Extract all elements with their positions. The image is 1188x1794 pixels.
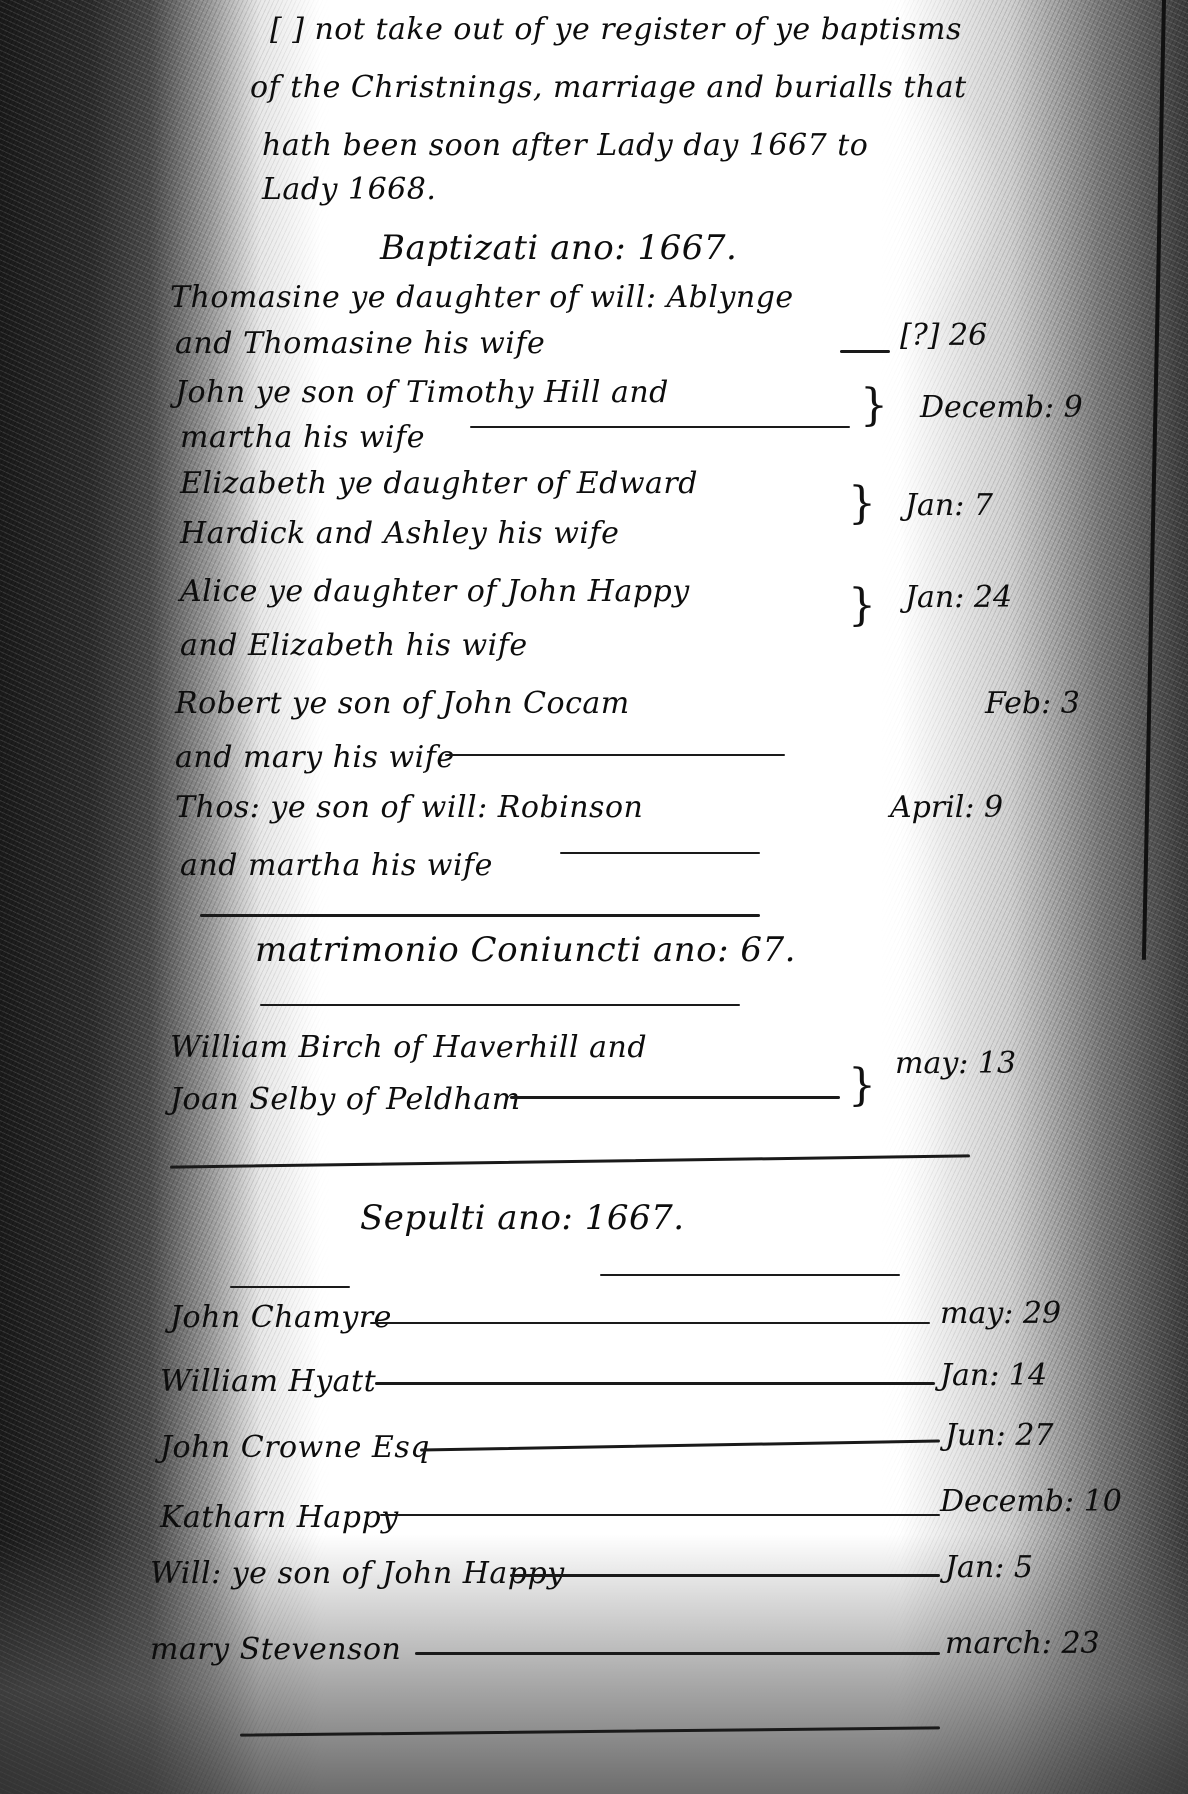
burial-5-date: Jan: 5 <box>945 1550 1033 1585</box>
preamble-line-2: of the Christnings, marriage and buriall… <box>250 70 967 105</box>
burial-3-name: John Crowne Esq <box>160 1430 430 1465</box>
baptism-5-date: Feb: 3 <box>985 686 1080 721</box>
burial-4-date: Decemb: 10 <box>940 1484 1122 1519</box>
baptism-1-line-2: and Thomasine his wife <box>175 326 545 361</box>
baptism-6-line-2: and martha his wife <box>180 848 493 883</box>
entry-dash <box>415 1652 940 1655</box>
marriages-heading: matrimonio Coniuncti ano: 67. <box>255 930 796 970</box>
entry-dash <box>510 1096 840 1099</box>
entry-dash <box>370 1322 930 1324</box>
entry-dash <box>510 1574 940 1577</box>
preamble-line-3: hath been soon after Lady day 1667 to <box>262 128 868 163</box>
baptism-3-line-2: Hardick and Ashley his wife <box>180 516 619 551</box>
burial-3-date: Jun: 27 <box>945 1418 1054 1453</box>
burial-1-date: may: 29 <box>940 1296 1061 1331</box>
entry-dash <box>840 350 890 353</box>
entry-dash <box>470 426 850 428</box>
marriage-1-date: may: 13 <box>895 1046 1016 1081</box>
marriage-1-line-2: Joan Selby of Peldham <box>170 1082 521 1117</box>
baptism-5-line-2: and mary his wife <box>175 740 455 775</box>
bracket: } <box>848 580 876 631</box>
baptism-4-date: Jan: 24 <box>905 580 1012 615</box>
burial-2-name: William Hyatt <box>160 1364 376 1399</box>
section-divider <box>600 1274 900 1276</box>
baptisms-heading: Baptizati ano: 1667. <box>380 228 737 268</box>
entry-dash <box>445 754 785 756</box>
baptism-2-date: Decemb: 9 <box>920 390 1083 425</box>
baptism-4-line-1: Alice ye daughter of John Happy <box>180 574 690 609</box>
baptism-2-line-1: John ye son of Timothy Hill and <box>175 375 669 410</box>
bracket: } <box>848 1060 876 1111</box>
baptism-4-line-2: and Elizabeth his wife <box>180 628 528 663</box>
section-divider <box>260 1004 740 1006</box>
baptism-2-line-2: martha his wife <box>180 420 425 455</box>
baptism-3-date: Jan: 7 <box>905 488 993 523</box>
burial-1-name: John Chamyre <box>170 1300 392 1335</box>
entry-dash <box>560 852 760 854</box>
baptism-6-line-1: Thos: ye son of will: Robinson <box>175 790 643 825</box>
baptism-3-line-1: Elizabeth ye daughter of Edward <box>180 466 698 501</box>
preamble-line-1: [ ] not take out of ye register of ye ba… <box>270 12 962 47</box>
baptism-5-line-1: Robert ye son of John Cocam <box>175 686 630 721</box>
entry-dash <box>375 1382 935 1385</box>
burial-6-date: march: 23 <box>945 1626 1100 1661</box>
burial-6-name: mary Stevenson <box>150 1632 401 1667</box>
section-divider <box>230 1286 350 1288</box>
burial-2-date: Jan: 14 <box>940 1358 1047 1393</box>
entry-dash <box>380 1514 940 1516</box>
baptism-6-date: April: 9 <box>890 790 1003 825</box>
preamble-line-4: Lady 1668. <box>262 172 436 207</box>
baptism-1-date: [?] 26 <box>900 318 987 353</box>
burials-heading: Sepulti ano: 1667. <box>360 1198 685 1238</box>
marriage-1-line-1: William Birch of Haverhill and <box>170 1030 647 1065</box>
baptism-1-line-1: Thomasine ye daughter of will: Ablynge <box>170 280 794 315</box>
bracket: } <box>860 380 888 431</box>
section-divider <box>200 914 760 917</box>
burial-5-name: Will: ye son of John Happy <box>150 1556 565 1591</box>
burial-4-name: Katharn Happy <box>160 1500 399 1535</box>
bracket: } <box>848 478 876 529</box>
